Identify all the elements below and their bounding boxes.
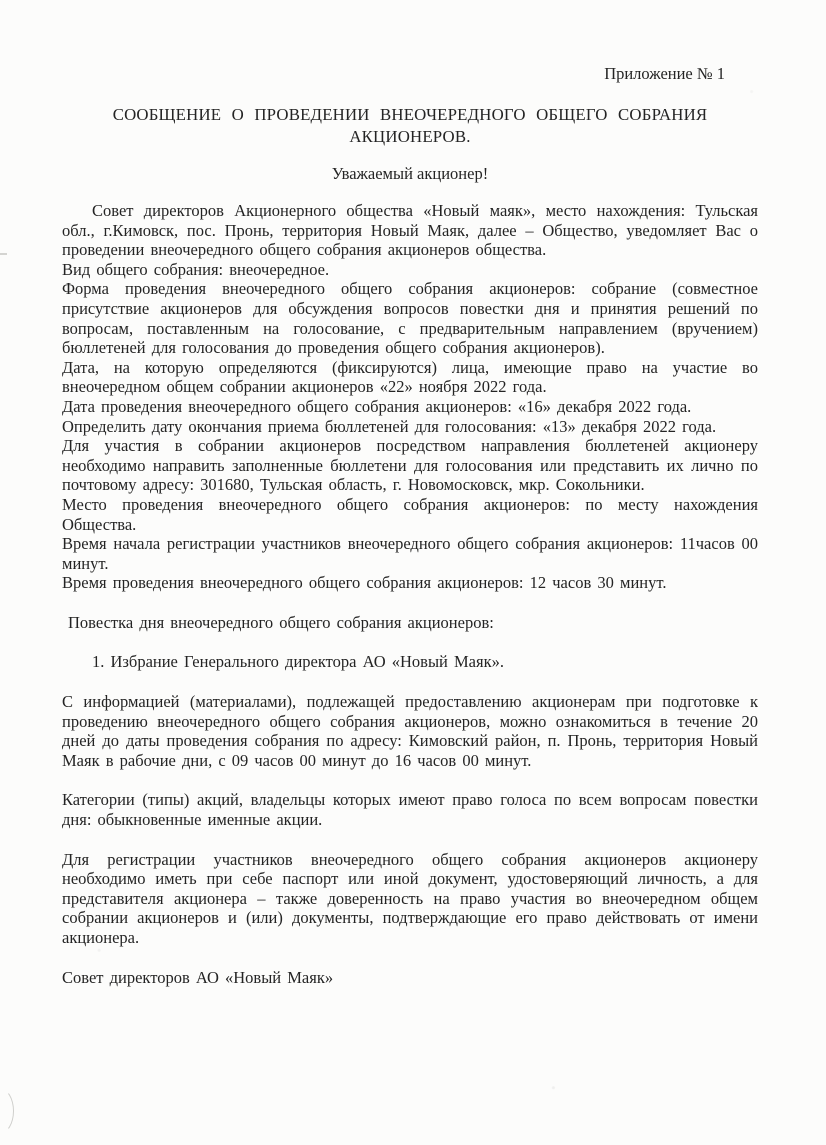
document-title-line1: СООБЩЕНИЕ О ПРОВЕДЕНИИ ВНЕОЧЕРЕДНОГО ОБЩ… [62, 104, 758, 126]
agenda-item-1: 1. Избрание Генерального директора АО «Н… [62, 652, 758, 672]
document-title-line2: АКЦИОНЕРОВ. [62, 126, 758, 148]
paragraph-meeting-kind: Вид общего собрания: внеочередное. [62, 260, 758, 280]
paragraph-registration-time: Время начала регистрации участников внео… [62, 534, 758, 573]
salutation: Уважаемый акционер! [62, 164, 758, 184]
scan-artifact-dash [0, 253, 7, 255]
document-page: Приложение № 1 СООБЩЕНИЕ О ПРОВЕДЕНИИ ВН… [0, 0, 826, 1145]
signature-line: Совет директоров АО «Новый Маяк» [62, 968, 758, 988]
paragraph-meeting-time: Время проведения внеочередного общего со… [62, 573, 758, 593]
paragraph-meeting-date: Дата проведения внеочередного общего соб… [62, 397, 758, 417]
paragraph-share-categories: Категории (типы) акций, владельцы которы… [62, 790, 758, 829]
paragraph-registration-requirements: Для регистрации участников внеочередного… [62, 850, 758, 948]
document-body: Совет директоров Акционерного общества «… [62, 201, 758, 987]
paragraph-meeting-place: Место проведения внеочередного общего со… [62, 495, 758, 534]
agenda-heading: Повестка дня внеочередного общего собран… [62, 613, 758, 633]
paragraph-intro: Совет директоров Акционерного общества «… [62, 201, 758, 260]
paragraph-ballot-address: Для участия в собрании акционеров посред… [62, 436, 758, 495]
scan-artifact-arc [0, 1088, 14, 1134]
paragraph-materials-info: С информацией (материалами), подлежащей … [62, 692, 758, 770]
paragraph-ballot-deadline: Определить дату окончания приема бюллете… [62, 417, 758, 437]
paragraph-meeting-form: Форма проведения внеочередного общего со… [62, 279, 758, 357]
paragraph-record-date: Дата, на которую определяются (фиксируют… [62, 358, 758, 397]
annex-label: Приложение № 1 [62, 64, 758, 84]
document-title: СООБЩЕНИЕ О ПРОВЕДЕНИИ ВНЕОЧЕРЕДНОГО ОБЩ… [62, 104, 758, 148]
